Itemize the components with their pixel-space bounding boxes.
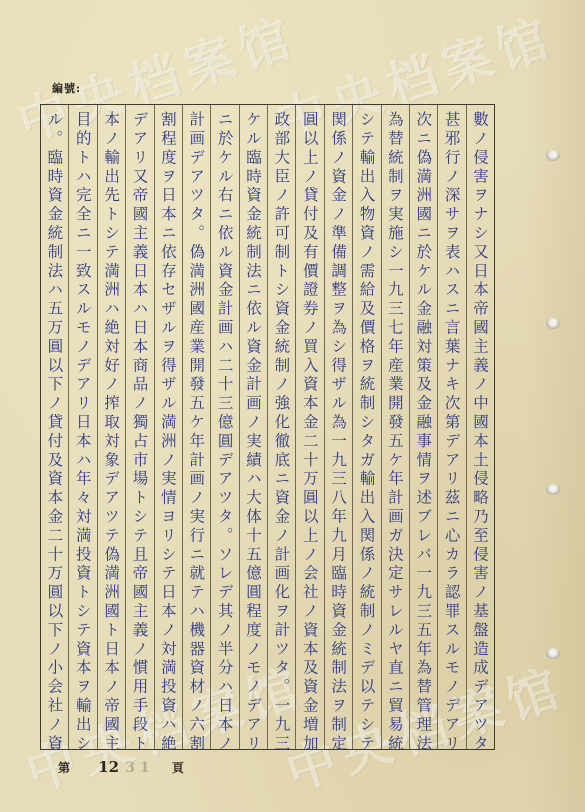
text-column: ケル臨時資金統制法ニ依ル資金計画ノ実績ハ大体十五億圓程度ノモノデアリ一九四〇年 [239, 105, 267, 749]
text-column: 為替統制ヲ実施シ一九三七年産業開發五ケ年計画ガ決定サレルヤ直ニ貿易統制法ヲ公布 [381, 105, 409, 749]
text-column: ニ於ケル右ニ依ル資金計画ハ二十三億圓デアツタ。ソレデ其ノ半分ハ日本ノ対満投資ニ依… [210, 105, 238, 749]
text-column: 関係ノ資金ノ準備調整ヲ為シ得ザル為一九三八年九月臨時資金統制法ヲ制定シ五万 [324, 105, 352, 749]
text-column: デアリ又帝國主義日本ハ日本商品ノ獨占市場トシテ且帝國主義ノ慣用手段トシテノ資 [125, 105, 153, 749]
text-column: 次ニ偽満洲國ニ於ケル金融対策及金融事情ヲ述ブレバ一九三五年為替管理法ヲ制定シ [409, 105, 437, 749]
text-column: 本ノ輸出先トシテ満洲ハ絶対好ノ搾取対象デアツテ偽満洲國ト日本ノ帝國主義的 [97, 105, 125, 749]
faded-stamp-digits: 3 1 [125, 760, 149, 776]
manuscript-grid: 數ノ侵害ヲナシ又日本帝國主義ノ中國本土侵略乃至侵害ノ基盤造成デアツタコトヲ思ヘバ… [40, 104, 495, 750]
page-suffix: 頁 [172, 761, 184, 775]
serial-number-label: 編號: [52, 80, 81, 96]
page-edge-shadow [525, 0, 585, 812]
text-column: 數ノ侵害ヲナシ又日本帝國主義ノ中國本土侵略乃至侵害ノ基盤造成デアツタコトヲ思ヘバ… [466, 105, 494, 749]
text-column: 目的トハ完全ニ一致スルモノデアリ日本ハ年々対満投資トシテ資本ヲ輸出シ来ツタノデア [68, 105, 96, 749]
page-number-footer: 第 12 3 1 頁 [58, 758, 184, 776]
page-number: 12 [98, 758, 119, 776]
punch-hole [546, 484, 560, 495]
text-column: ル。臨時資金統制法ハ五万圓以下ノ貸付及資本金二十万圓以下ノ小会社ノ資金関 [41, 105, 68, 749]
text-column: 政部大臣ノ許可制トシ資金統制ノ強化徹底ニ資金ノ計画化ヲ計ツタ。一九三九年度ニ於 [267, 105, 295, 749]
text-column: 割程度ヲ日本ニ依存セザルヲ得ザル満洲ノ実情ヨリシテ日本ノ対満投資ハ絶対ニ必要 [154, 105, 182, 749]
punch-hole [546, 318, 560, 329]
text-column: 圓以上ノ貸付及有價證券ノ買入資本金二十万圓以上ノ会社ノ資本及資金増加等ヲ財 [295, 105, 323, 749]
text-column: 計画デアツタ。偽満洲國産業開發五ケ年計画ノ実行ニ就テハ機器資材ノ六割乃至七 [182, 105, 210, 749]
text-column: 甚邪行ノ深サヲ表ハスニ言葉ナキ次第デアリ茲ニ心カラ認罪スルモノデアリマス。 [437, 105, 465, 749]
text-column: シテ輸出入物資ノ需給及價格ヲ統制シタガ輸出入関係ノ統制ノミデ以テシテハ九ケ年計画 [352, 105, 380, 749]
page-prefix: 第 [58, 761, 70, 775]
punch-hole [546, 648, 560, 659]
punch-hole [546, 150, 560, 161]
